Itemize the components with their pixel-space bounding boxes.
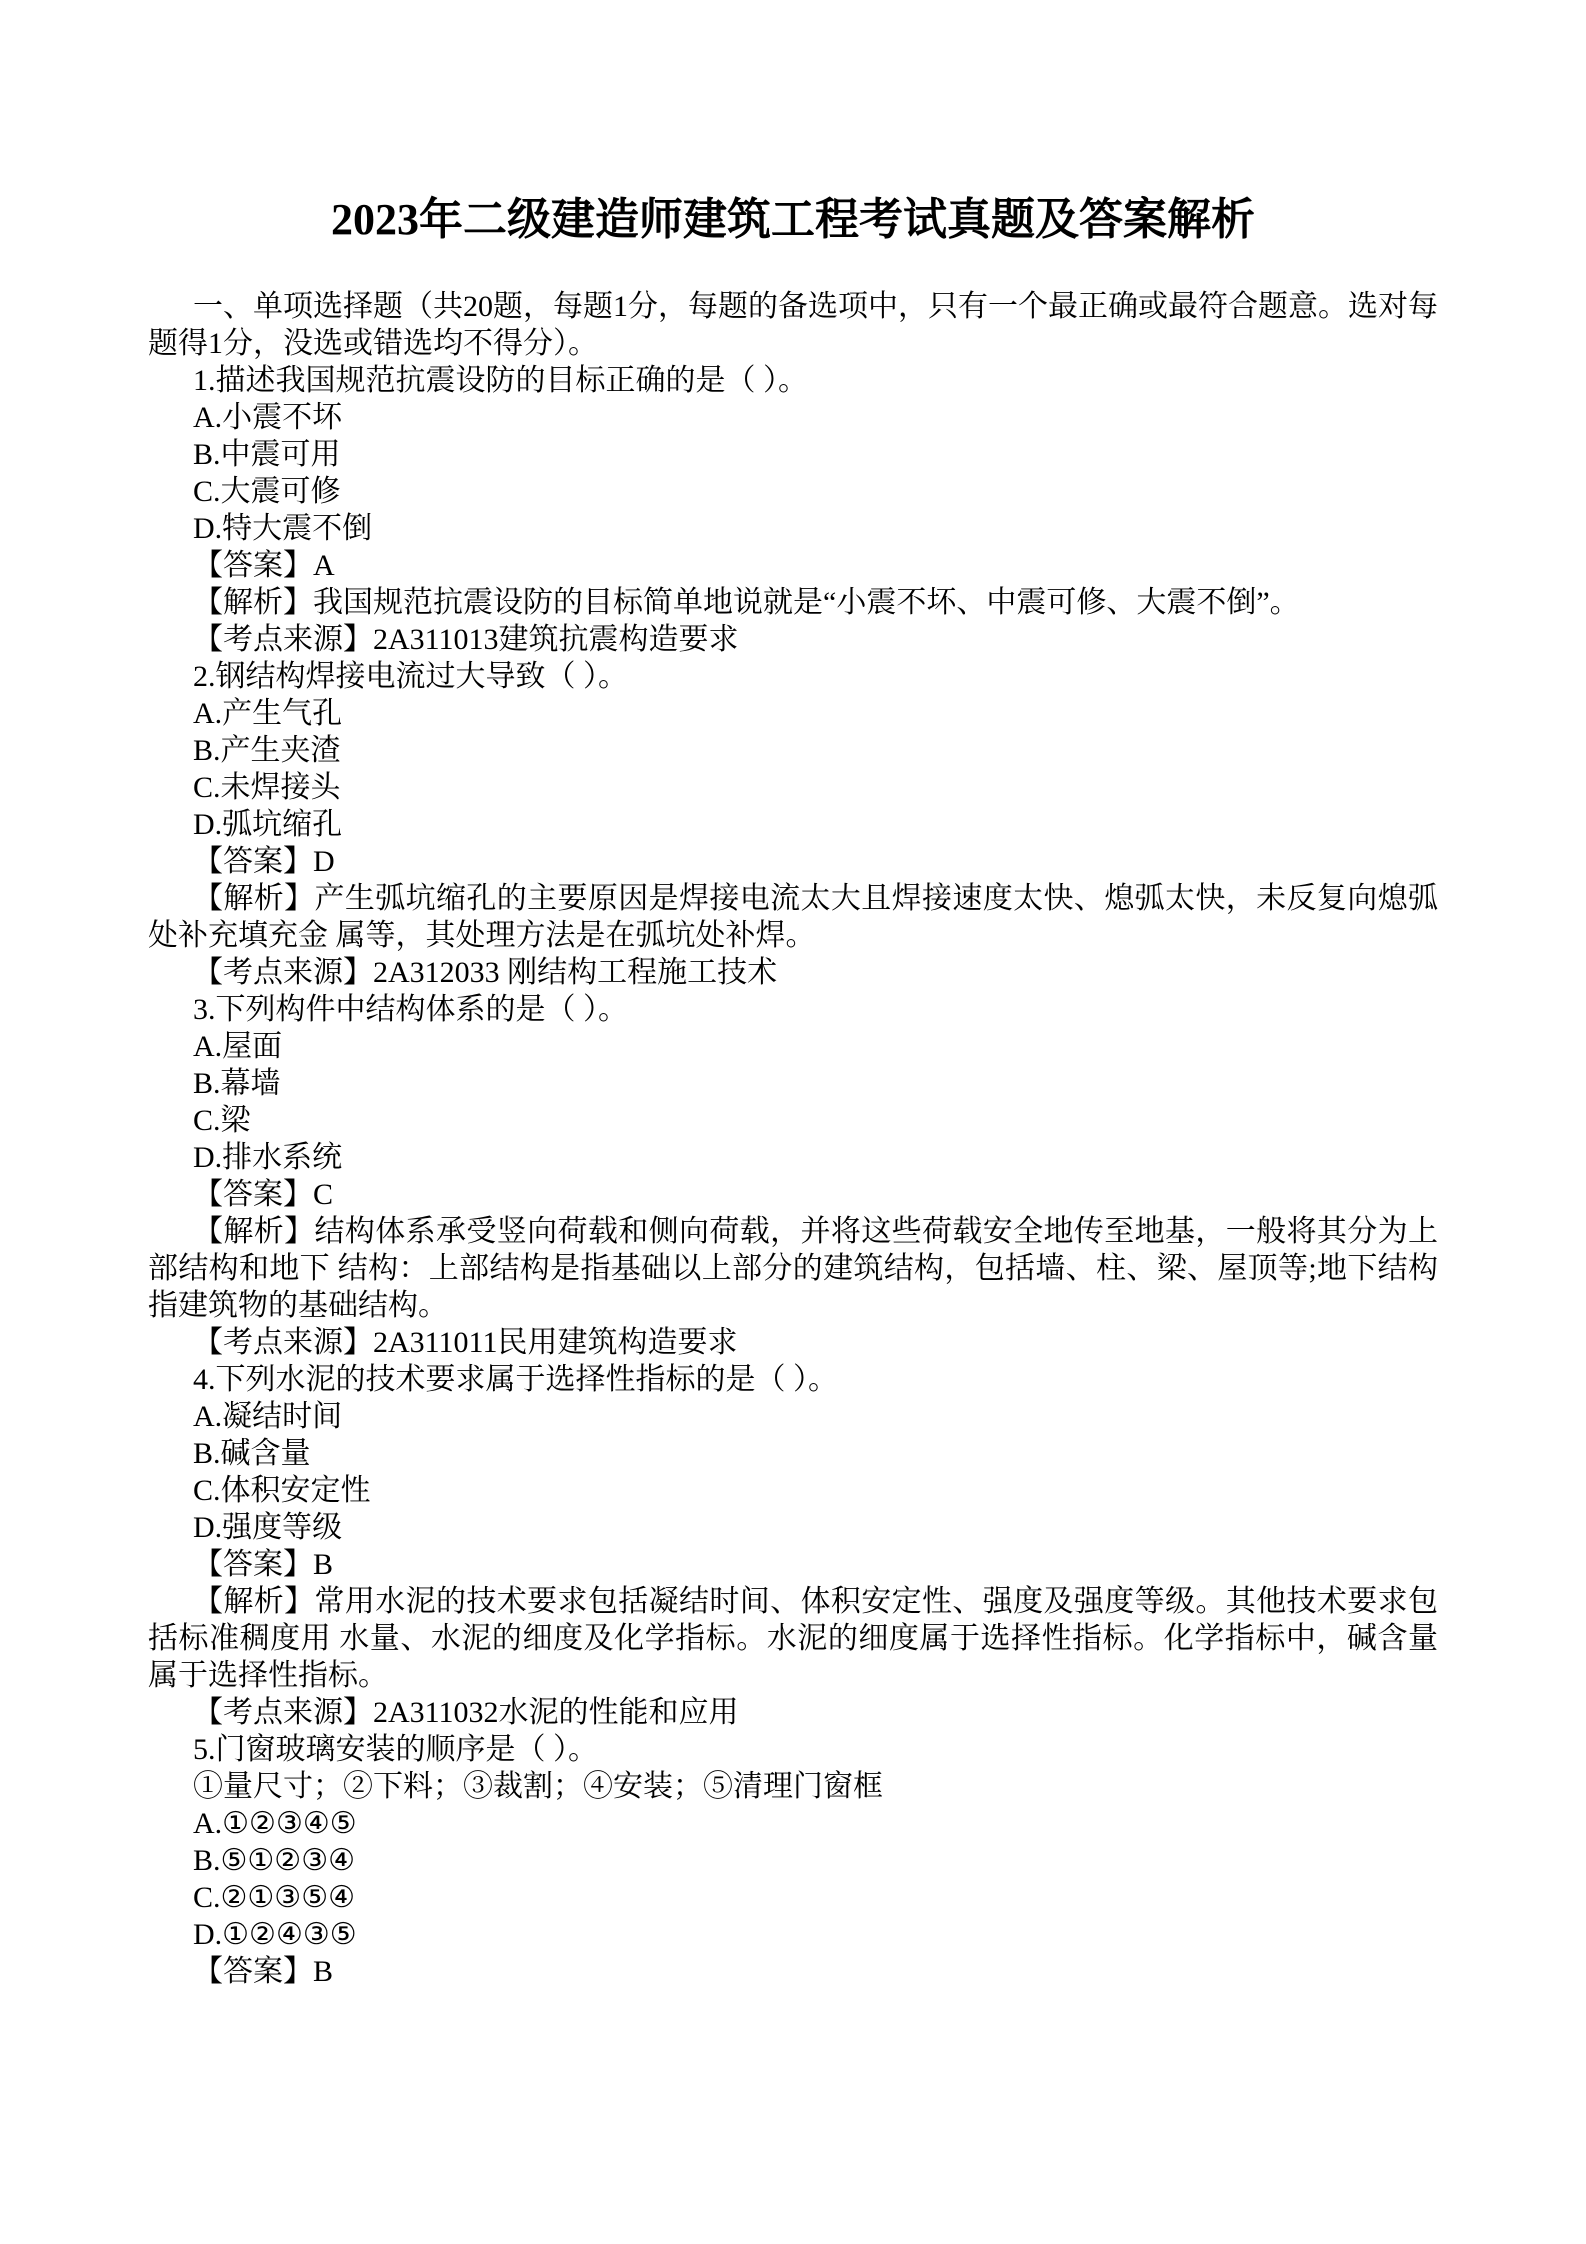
question-answer: 【答案】A [148,547,1438,584]
question-option-b: B.幕墙 [148,1065,1438,1102]
question-stem: 4.下列水泥的技术要求属于选择性指标的是（ ）。 [148,1361,1438,1398]
question-stem: 5.门窗玻璃安装的顺序是（ ）。 [148,1731,1438,1768]
question-option-d: D.强度等级 [148,1509,1438,1546]
question-option-c: C.②①③⑤④ [148,1879,1438,1916]
question-block-2: 2.钢结构焊接电流过大导致（ ）。 A.产生气孔 B.产生夹渣 C.未焊接头 D… [148,658,1438,991]
question-block-3: 3.下列构件中结构体系的是（ ）。 A.屋面 B.幕墙 C.梁 D.排水系统 【… [148,991,1438,1361]
question-answer: 【答案】C [148,1176,1438,1213]
exam-document-page: 2023年二级建造师建筑工程考试真题及答案解析 一、单项选择题（共20题，每题1… [0,0,1586,2244]
question-source: 【考点来源】2A312033 刚结构工程施工技术 [148,954,1438,991]
question-source: 【考点来源】2A311011民用建筑构造要求 [148,1324,1438,1361]
question-option-c: C.大震可修 [148,473,1438,510]
question-source: 【考点来源】2A311013建筑抗震构造要求 [148,621,1438,658]
section-heading: 一、单项选择题（共20题，每题1分，每题的备选项中，只有一个最正确或最符合题意。… [148,288,1438,362]
question-block-5: 5.门窗玻璃安装的顺序是（ ）。 ①量尺寸；②下料；③裁割；④安装；⑤清理门窗框… [148,1731,1438,1990]
question-option-a: A.小震不坏 [148,399,1438,436]
question-steps: ①量尺寸；②下料；③裁割；④安装；⑤清理门窗框 [148,1768,1438,1805]
question-stem: 3.下列构件中结构体系的是（ ）。 [148,991,1438,1028]
question-option-a: A.屋面 [148,1028,1438,1065]
question-option-a: A.①②③④⑤ [148,1805,1438,1842]
question-answer: 【答案】B [148,1953,1438,1990]
question-stem: 1.描述我国规范抗震设防的目标正确的是（ ）。 [148,362,1438,399]
question-answer: 【答案】B [148,1546,1438,1583]
question-analysis: 【解析】我国规范抗震设防的目标简单地说就是“小震不坏、中震可修、大震不倒”。 [148,584,1438,621]
question-analysis: 【解析】结构体系承受竖向荷载和侧向荷载，并将这些荷载安全地传至地基，一般将其分为… [148,1213,1438,1324]
question-option-b: B.碱含量 [148,1435,1438,1472]
question-source: 【考点来源】2A311032水泥的性能和应用 [148,1694,1438,1731]
question-option-b: B.中震可用 [148,436,1438,473]
question-answer: 【答案】D [148,843,1438,880]
question-option-a: A.产生气孔 [148,695,1438,732]
question-option-c: C.未焊接头 [148,769,1438,806]
page-title: 2023年二级建造师建筑工程考试真题及答案解析 [148,196,1438,244]
question-option-a: A.凝结时间 [148,1398,1438,1435]
question-option-c: C.梁 [148,1102,1438,1139]
question-option-d: D.特大震不倒 [148,510,1438,547]
question-block-4: 4.下列水泥的技术要求属于选择性指标的是（ ）。 A.凝结时间 B.碱含量 C.… [148,1361,1438,1731]
question-option-c: C.体积安定性 [148,1472,1438,1509]
question-analysis: 【解析】产生弧坑缩孔的主要原因是焊接电流太大且焊接速度太快、熄弧太快，未反复向熄… [148,880,1438,954]
question-option-d: D.排水系统 [148,1139,1438,1176]
question-block-1: 1.描述我国规范抗震设防的目标正确的是（ ）。 A.小震不坏 B.中震可用 C.… [148,362,1438,658]
question-stem: 2.钢结构焊接电流过大导致（ ）。 [148,658,1438,695]
question-option-d: D.弧坑缩孔 [148,806,1438,843]
question-option-b: B.产生夹渣 [148,732,1438,769]
question-option-d: D.①②④③⑤ [148,1916,1438,1953]
question-option-b: B.⑤①②③④ [148,1842,1438,1879]
question-analysis: 【解析】常用水泥的技术要求包括凝结时间、体积安定性、强度及强度等级。其他技术要求… [148,1583,1438,1694]
